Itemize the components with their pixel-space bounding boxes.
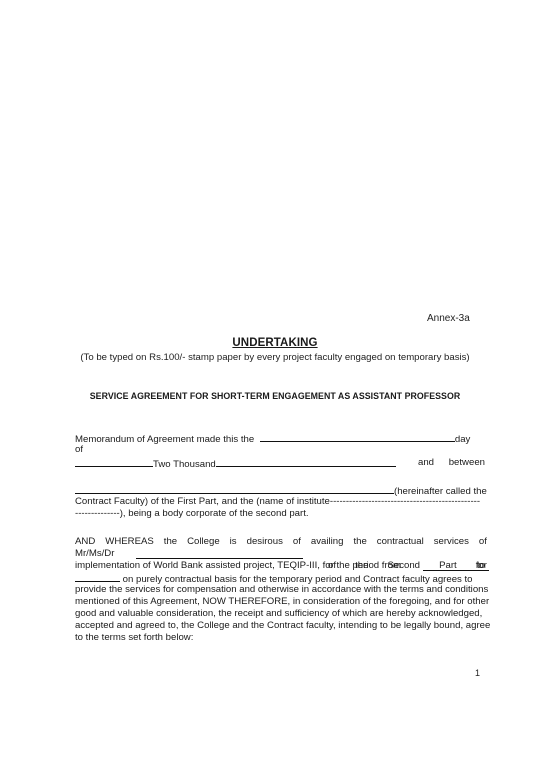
document-title: UNDERTAKING <box>0 337 550 349</box>
whereas-line-3: implementation of World Bank assisted pr… <box>75 560 487 572</box>
word: is <box>230 536 237 548</box>
period-end-blank <box>75 572 120 582</box>
memorandum-of: of <box>75 444 83 455</box>
memorandum-line-6: --------------), being a body corporate … <box>75 508 487 520</box>
word: availing <box>311 536 344 548</box>
month-blank <box>75 457 153 467</box>
contractor-name-blank <box>136 549 303 559</box>
word: contractual <box>377 536 424 548</box>
date-day-blank <box>260 432 455 442</box>
faculty-name-blank <box>75 484 394 494</box>
word: AND <box>75 536 95 548</box>
memorandum-line-3: Two Thousand and between <box>75 457 487 471</box>
agreement-heading: SERVICE AGREEMENT FOR SHORT-TERM ENGAGEM… <box>0 391 550 401</box>
word: College <box>187 536 220 548</box>
two-thousand-label: Two Thousand <box>153 459 216 470</box>
word: WHEREAS <box>105 536 154 548</box>
year-blank <box>216 457 396 467</box>
title-prefix-label: Mr/Ms/Dr <box>75 548 114 559</box>
and-label: and <box>418 457 434 469</box>
word: services <box>434 536 469 548</box>
whereas-line-2: Mr/Ms/Dr oftheSecondPartfor <box>75 548 487 560</box>
word: of <box>293 536 301 548</box>
whereas-line-7: good and valuable consideration, the rec… <box>75 608 487 620</box>
whereas-line-1: ANDWHEREAStheCollegeisdesirousofavailing… <box>75 536 487 548</box>
document-page: Annex-3a UNDERTAKING (To be typed on Rs.… <box>0 0 550 777</box>
period-from-text: implementation of World Bank assisted pr… <box>75 560 401 571</box>
whereas-line-9: to the terms set forth below: <box>75 632 487 644</box>
memorandum-line-2: of <box>75 444 487 456</box>
memorandum-line-5: Contract Faculty) of the First Part, and… <box>75 496 487 508</box>
word: the <box>164 536 177 548</box>
document-subtitle: (To be typed on Rs.100/- stamp paper by … <box>0 352 550 363</box>
whereas-line-5: provide the services for compensation an… <box>75 584 487 596</box>
to-label: to <box>477 560 485 572</box>
page-number: 1 <box>475 668 480 678</box>
word: the <box>353 536 366 548</box>
word: of <box>479 536 487 548</box>
word: desirous <box>247 536 283 548</box>
annex-label: Annex-3a <box>427 313 470 324</box>
whereas-line-8: accepted and agreed to, the College and … <box>75 620 487 632</box>
whereas-line-6: mentioned of this Agreement, NOW THEREFO… <box>75 596 487 608</box>
between-label: between <box>449 457 485 469</box>
